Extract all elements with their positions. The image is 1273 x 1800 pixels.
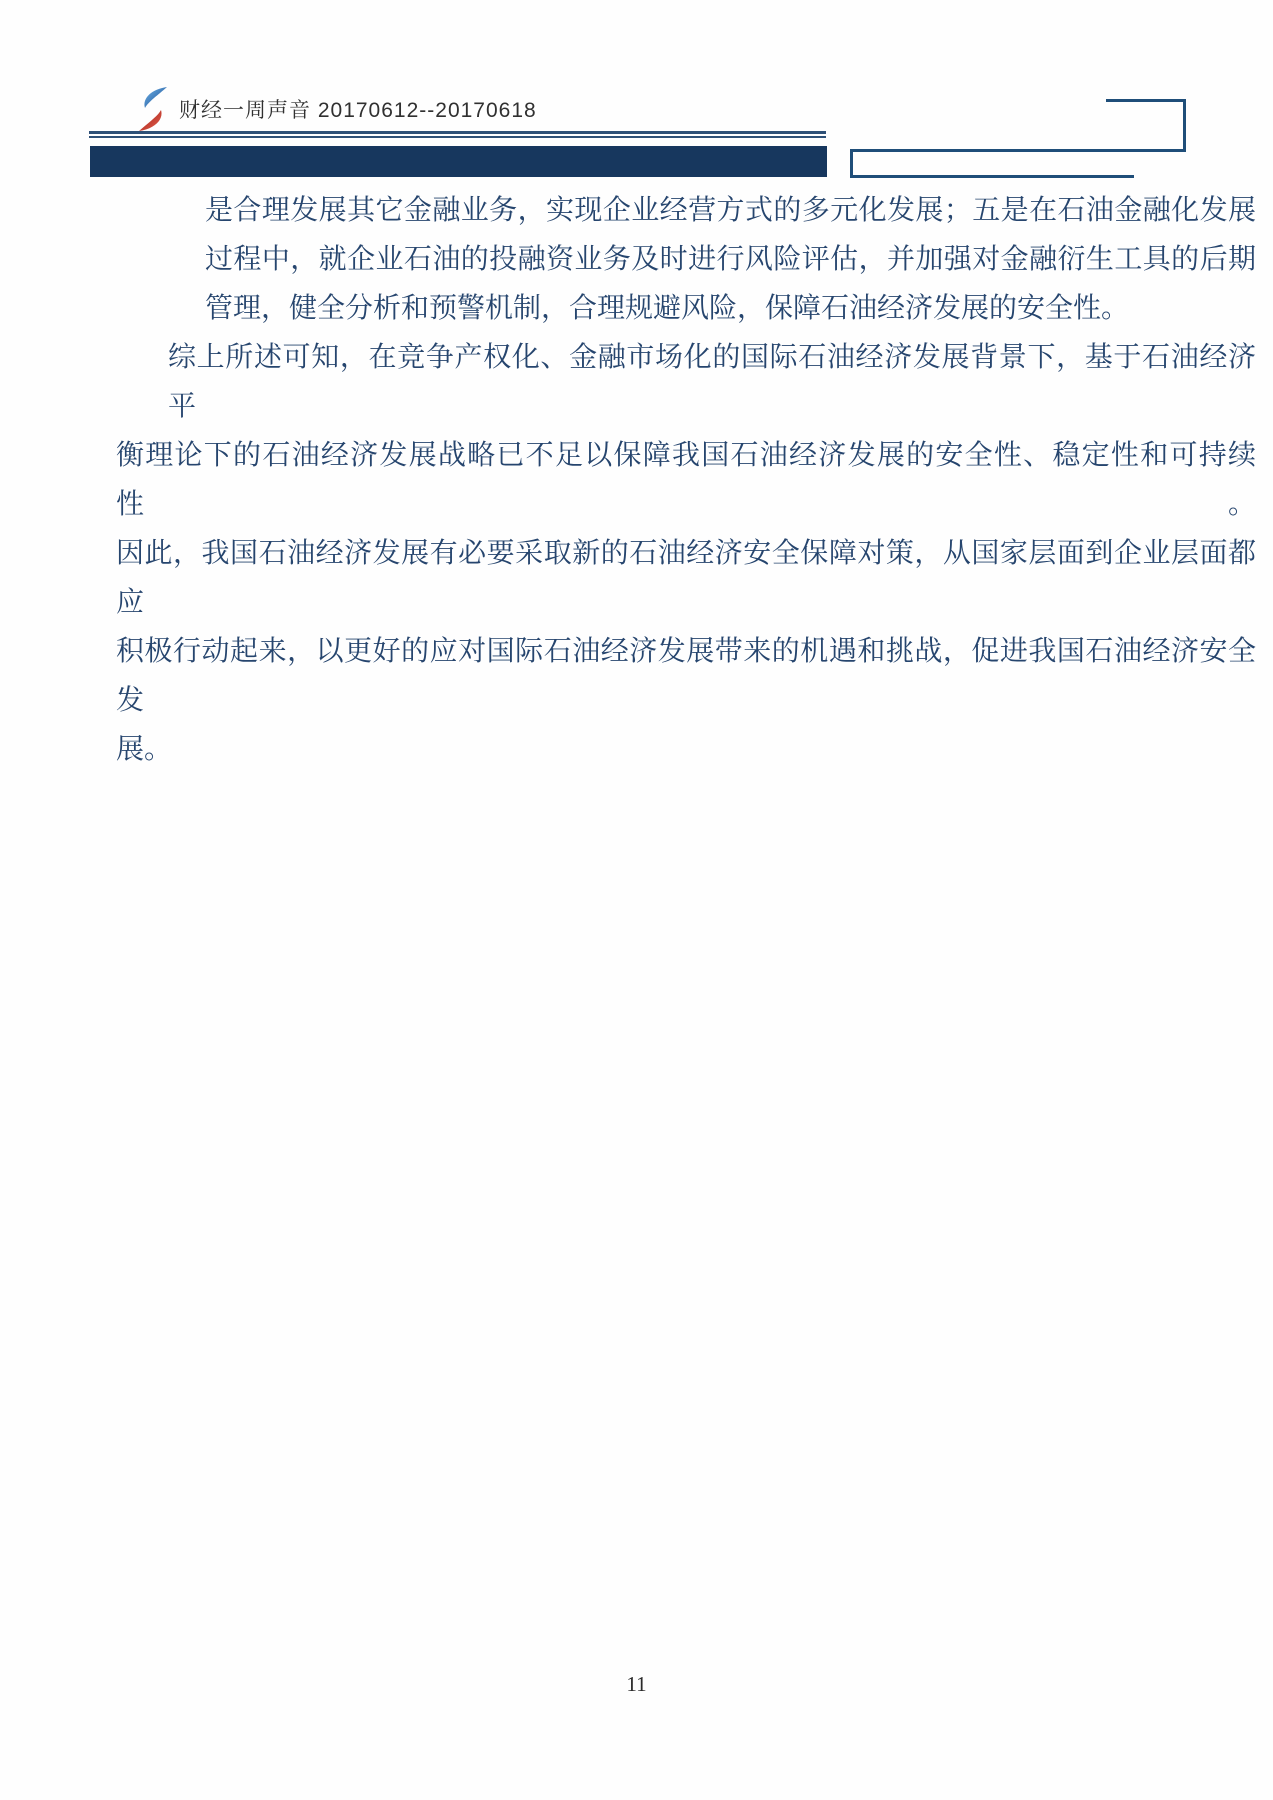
outline-shape-top-right	[1106, 99, 1186, 152]
body-line: 衡理论下的石油经济发展战略已不足以保障我国石油经济发展的安全性、稳定性和可持续性…	[116, 431, 1256, 529]
body-line: 管理，健全分析和预警机制，合理规避风险，保障石油经济发展的安全性。	[116, 284, 1256, 333]
body-line: 过程中，就企业石油的投融资业务及时进行风险评估，并加强对金融衍生工具的后期	[116, 235, 1256, 284]
report-name: 财经一周声音	[179, 99, 311, 122]
body-line: 展。	[116, 725, 1256, 774]
header-title: 财经一周声音 20170612--20170618	[179, 94, 537, 124]
body-line: 是合理发展其它金融业务，实现企业经营方式的多元化发展；五是在石油金融化发展	[116, 186, 1256, 235]
body-text-block: 是合理发展其它金融业务，实现企业经营方式的多元化发展；五是在石油金融化发展 过程…	[116, 186, 1256, 774]
header-double-rule	[89, 131, 826, 138]
report-date-range: 20170612--20170618	[318, 99, 537, 122]
page-number: 11	[0, 1672, 1273, 1697]
document-page: 财经一周声音 20170612--20170618 是合理发展其它金融业务，实现…	[0, 0, 1273, 1800]
outline-box-right	[850, 152, 1134, 178]
body-line: 因此，我国石油经济发展有必要采取新的石油经济安全保障对策，从国家层面到企业层面都…	[116, 529, 1256, 627]
body-line: 积极行动起来，以更好的应对国际石油经济发展带来的机遇和挑战，促进我国石油经济安全…	[116, 627, 1256, 725]
body-line: 综上所述可知，在竞争产权化、金融市场化的国际石油经济发展背景下，基于石油经济平	[116, 333, 1256, 431]
header-navy-bar	[90, 146, 827, 177]
s-swoosh-logo-icon	[136, 86, 170, 132]
